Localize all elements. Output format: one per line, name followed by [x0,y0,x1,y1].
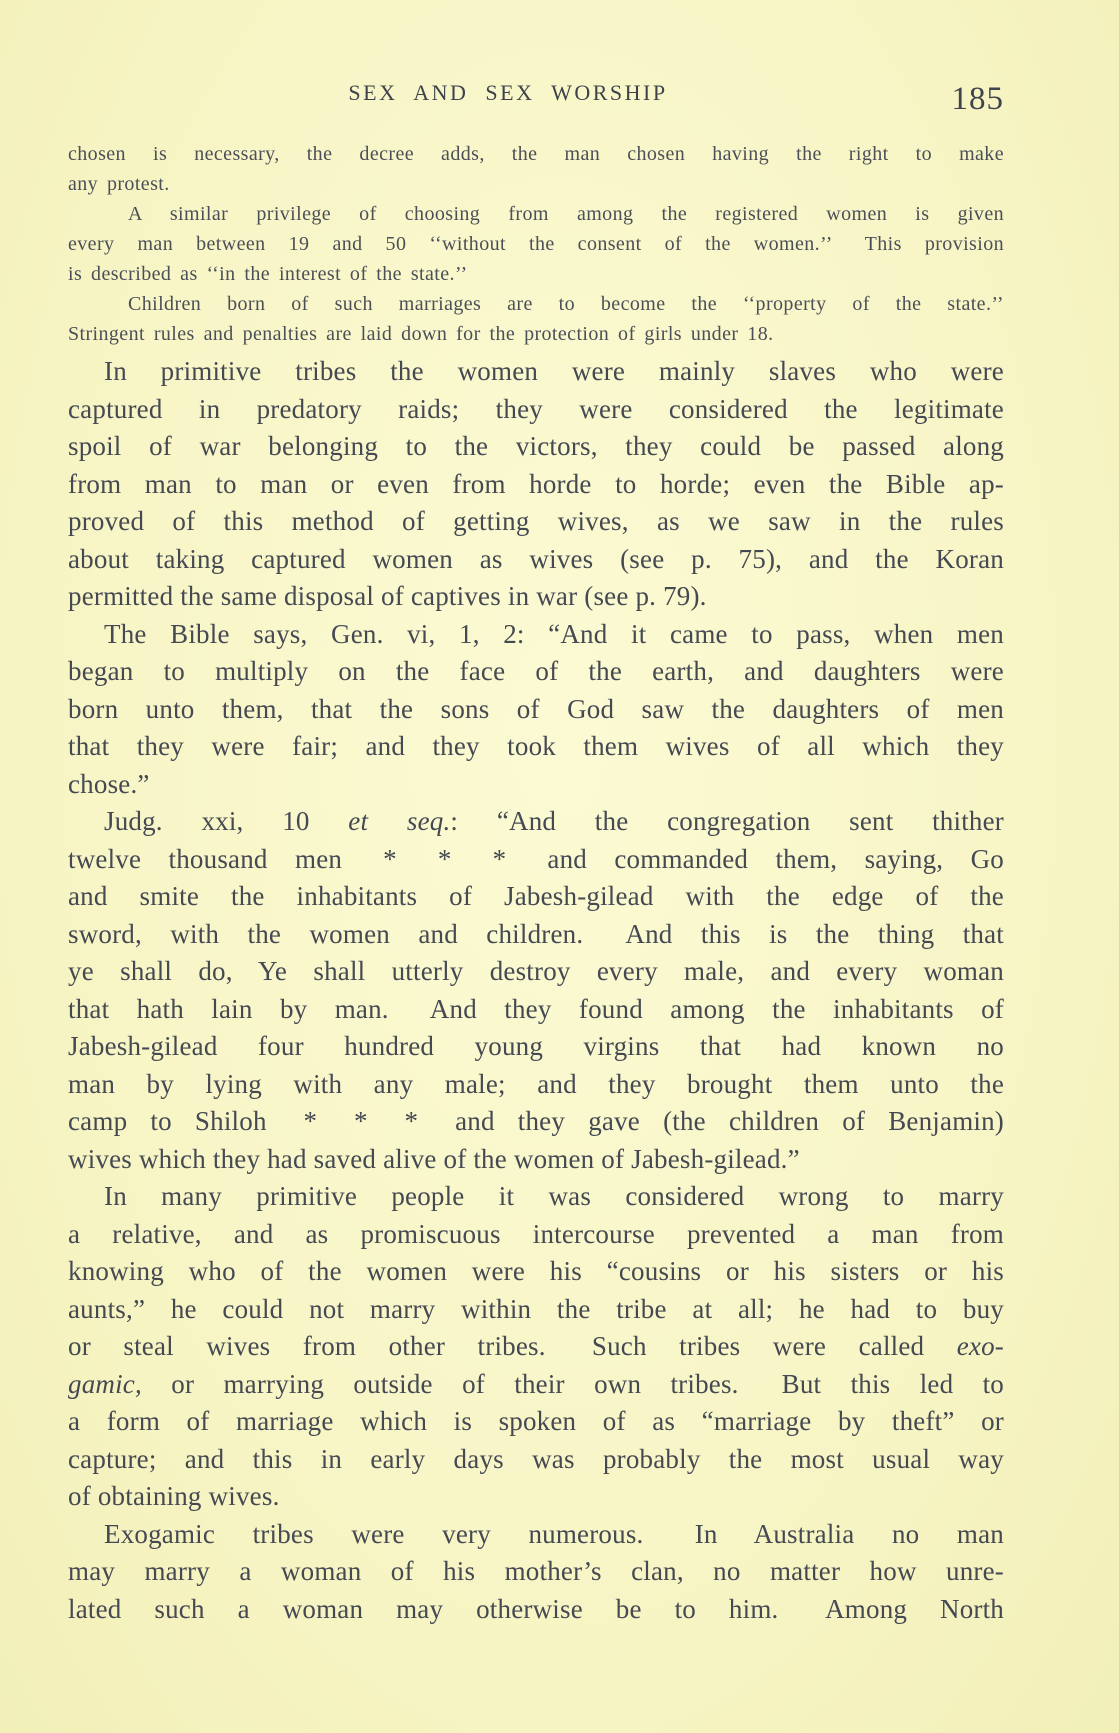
text-line: wives which they had saved alive of the … [68,1141,1004,1179]
text-line: of obtaining wives. [68,1478,1004,1516]
page-header: SEX AND SEX WORSHIP 185 [68,78,1004,108]
text-line: a form of marriage which is spoken of as… [68,1403,1004,1441]
text-line: about taking captured women as wives (se… [68,541,1004,579]
text-line: knowing who of the women were his “cousi… [68,1253,1004,1291]
book-page: SEX AND SEX WORSHIP 185 chosen is necess… [0,0,1119,1733]
text-line: capture; and this in early days was prob… [68,1441,1004,1479]
body-paragraph: The Bible says, Gen. vi, 1, 2: “And it c… [68,616,1004,804]
text-line: gamic, or marrying outside of their own … [68,1366,1004,1404]
intro-block: chosen is necessary, the decree adds, th… [68,139,1004,349]
text-line: Exogamic tribes were very numerous. In A… [68,1516,1004,1554]
text-line: spoil of war belonging to the victors, t… [68,428,1004,466]
text-line: proved of this method of getting wives, … [68,503,1004,541]
text-line: sword, with the women and children. And … [68,916,1004,954]
text-line: aunts,” he could not marry within the tr… [68,1291,1004,1329]
text-line: captured in predatory raids; they were c… [68,391,1004,429]
text-line: any protest. [68,169,1004,199]
text-line: A similar privilege of choosing from amo… [68,199,1004,229]
body-paragraph: In many primitive people it was consider… [68,1178,1004,1516]
text-line: and smite the inhabitants of Jabesh-gile… [68,878,1004,916]
text-line: man by lying with any male; and they bro… [68,1066,1004,1104]
text-line: twelve thousand men * * * and commanded … [68,841,1004,879]
text-line: a relative, and as promiscuous intercour… [68,1216,1004,1254]
text-line: lated such a woman may otherwise be to h… [68,1591,1004,1629]
text-line: or steal wives from other tribes. Such t… [68,1328,1004,1366]
page-number: 185 [952,83,1005,116]
body-block: In primitive tribes the women were mainl… [68,353,1004,1628]
text-line: may marry a woman of his mother’s clan, … [68,1553,1004,1591]
text-line: Stringent rules and penalties are laid d… [68,319,1004,349]
intro-paragraph: Children born of such marriages are to b… [68,289,1004,349]
text-line: permitted the same disposal of captives … [68,578,1004,616]
text-line: that hath lain by man. And they found am… [68,991,1004,1029]
text-line: ye shall do, Ye shall utterly destroy ev… [68,953,1004,991]
text-line: Judg. xxi, 10 et seq.: “And the congrega… [68,803,1004,841]
body-paragraph: Judg. xxi, 10 et seq.: “And the congrega… [68,803,1004,1178]
text-line: born unto them, that the sons of God saw… [68,691,1004,729]
text-line: that they were fair; and they took them … [68,728,1004,766]
text-line: began to multiply on the face of the ear… [68,653,1004,691]
body-paragraph: In primitive tribes the women were mainl… [68,353,1004,616]
text-line: The Bible says, Gen. vi, 1, 2: “And it c… [68,616,1004,654]
intro-paragraph: chosen is necessary, the decree adds, th… [68,139,1004,199]
text-line: Children born of such marriages are to b… [68,289,1004,319]
intro-paragraph: A similar privilege of choosing from amo… [68,199,1004,289]
text-line: chose.” [68,766,1004,804]
text-line: from man to man or even from horde to ho… [68,466,1004,504]
text-line: is described as ‘‘in the interest of the… [68,259,1004,289]
text-line: camp to Shiloh * * * and they gave (the … [68,1103,1004,1141]
body-paragraph: Exogamic tribes were very numerous. In A… [68,1516,1004,1629]
text-line: Jabesh-gilead four hundred young virgins… [68,1028,1004,1066]
text-line: every man between 19 and 50 ‘‘without th… [68,229,1004,259]
running-title: SEX AND SEX WORSHIP [40,78,976,108]
text-line: In primitive tribes the women were mainl… [68,353,1004,391]
text-line: In many primitive people it was consider… [68,1178,1004,1216]
text-line: chosen is necessary, the decree adds, th… [68,139,1004,169]
